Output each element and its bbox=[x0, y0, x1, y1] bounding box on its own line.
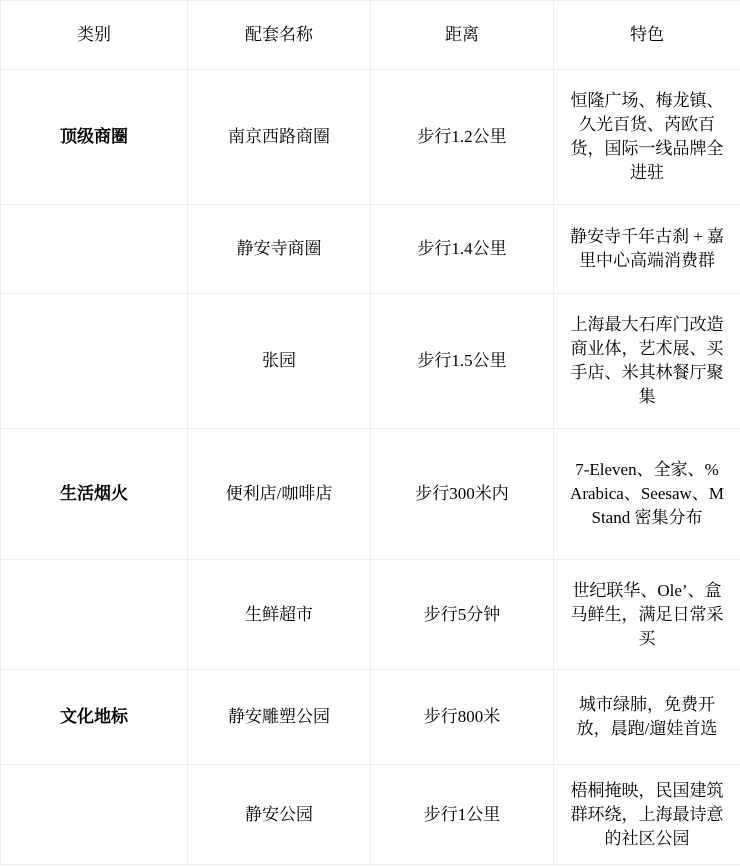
name-cell: 静安寺商圈 bbox=[188, 205, 371, 294]
name-cell: 便利店/咖啡店 bbox=[188, 429, 371, 560]
table-header-row: 类别 配套名称 距离 特色 bbox=[1, 1, 740, 70]
feature-cell: 城市绿肺，免费开放，晨跑/遛娃首选 bbox=[554, 670, 740, 765]
header-name: 配套名称 bbox=[188, 1, 371, 70]
name-cell: 张园 bbox=[188, 294, 371, 429]
feature-cell: 静安寺千年古刹 + 嘉里中心高端消费群 bbox=[554, 205, 740, 294]
feature-cell: 恒隆广场、梅龙镇、久光百货、芮欧百货，国际一线品牌全进驻 bbox=[554, 70, 740, 205]
name-cell: 静安雕塑公园 bbox=[188, 670, 371, 765]
category-cell bbox=[1, 205, 188, 294]
header-category: 类别 bbox=[1, 1, 188, 70]
header-feature: 特色 bbox=[554, 1, 740, 70]
distance-cell: 步行1公里 bbox=[371, 765, 554, 865]
feature-cell: 上海最大石库门改造商业体，艺术展、买手店、米其林餐厅聚集 bbox=[554, 294, 740, 429]
category-cell bbox=[1, 560, 188, 670]
distance-cell: 步行5分钟 bbox=[371, 560, 554, 670]
distance-cell: 步行1.5公里 bbox=[371, 294, 554, 429]
category-cell bbox=[1, 765, 188, 865]
distance-cell: 步行1.4公里 bbox=[371, 205, 554, 294]
header-distance: 距离 bbox=[371, 1, 554, 70]
category-cell: 顶级商圈 bbox=[1, 70, 188, 205]
distance-cell: 步行300米内 bbox=[371, 429, 554, 560]
table-row: 张园 步行1.5公里 上海最大石库门改造商业体，艺术展、买手店、米其林餐厅聚集 bbox=[1, 294, 740, 429]
category-cell: 生活烟火 bbox=[1, 429, 188, 560]
feature-cell: 7-Eleven、全家、% Arabica、Seesaw、M Stand 密集分… bbox=[554, 429, 740, 560]
feature-cell: 世纪联华、Ole’、盒马鲜生，满足日常采买 bbox=[554, 560, 740, 670]
table-row: 静安公园 步行1公里 梧桐掩映，民国建筑群环绕，上海最诗意的社区公园 bbox=[1, 765, 740, 865]
table-row: 文化地标 静安雕塑公园 步行800米 城市绿肺，免费开放，晨跑/遛娃首选 bbox=[1, 670, 740, 765]
table-row: 生鲜超市 步行5分钟 世纪联华、Ole’、盒马鲜生，满足日常采买 bbox=[1, 560, 740, 670]
name-cell: 生鲜超市 bbox=[188, 560, 371, 670]
distance-cell: 步行800米 bbox=[371, 670, 554, 765]
category-cell bbox=[1, 294, 188, 429]
name-cell: 南京西路商圈 bbox=[188, 70, 371, 205]
table-row: 生活烟火 便利店/咖啡店 步行300米内 7-Eleven、全家、% Arabi… bbox=[1, 429, 740, 560]
table-row: 顶级商圈 南京西路商圈 步行1.2公里 恒隆广场、梅龙镇、久光百货、芮欧百货，国… bbox=[1, 70, 740, 205]
table-row: 静安寺商圈 步行1.4公里 静安寺千年古刹 + 嘉里中心高端消费群 bbox=[1, 205, 740, 294]
amenities-table: 类别 配套名称 距离 特色 顶级商圈 南京西路商圈 步行1.2公里 恒隆广场、梅… bbox=[0, 0, 740, 865]
feature-cell: 梧桐掩映，民国建筑群环绕，上海最诗意的社区公园 bbox=[554, 765, 740, 865]
distance-cell: 步行1.2公里 bbox=[371, 70, 554, 205]
category-cell: 文化地标 bbox=[1, 670, 188, 765]
name-cell: 静安公园 bbox=[188, 765, 371, 865]
